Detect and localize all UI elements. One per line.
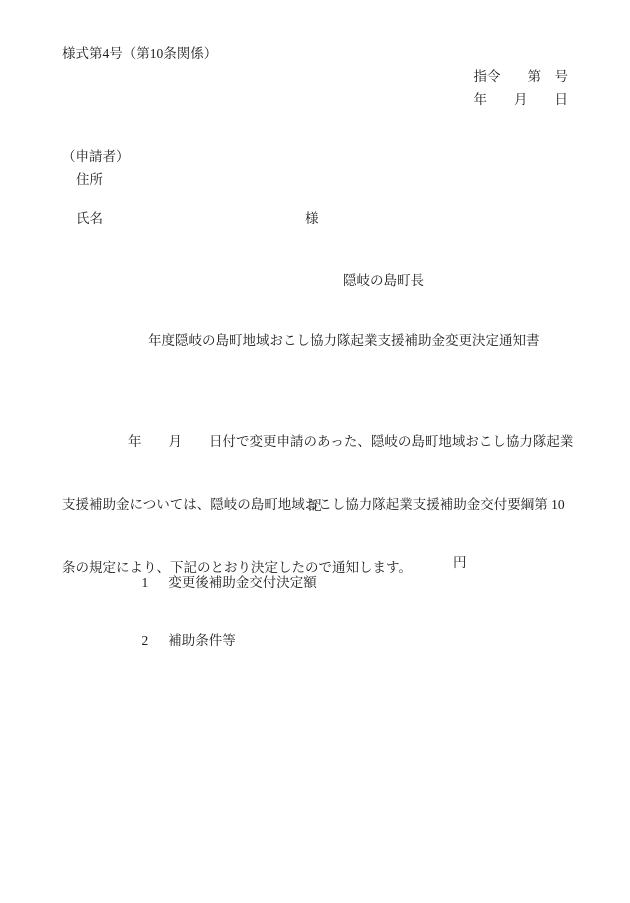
mayor-signature-line: 隠岐の島町長 xyxy=(343,271,424,291)
address-label: 住所 xyxy=(76,170,103,190)
item-2-label: 補助条件等 xyxy=(168,633,236,648)
list-item-1: 1変更後補助金交付決定額 xyxy=(128,553,317,613)
form-number: 様式第4号（第10条関係） xyxy=(62,44,217,64)
document-title: 年度隠岐の島町地域おこし協力隊起業支援補助金変更決定通知書 xyxy=(148,331,540,351)
date-line: 年 月 日 xyxy=(474,90,569,110)
item-2-number: 2 xyxy=(142,633,149,648)
applicant-label: （申請者） xyxy=(62,147,130,167)
item-1-label: 変更後補助金交付決定額 xyxy=(168,575,317,590)
item-1-number: 1 xyxy=(142,575,149,590)
directive-number-line: 指令 第 号 xyxy=(474,67,569,87)
body-line-1: 年 月 日付で変更申請のあった、隠岐の島町地域おこし協力隊起業 xyxy=(62,430,570,453)
document-page: 様式第4号（第10条関係） 指令 第 号 年 月 日 （申請者） 住所 氏名 様… xyxy=(0,0,630,903)
list-item-2: 2補助条件等 xyxy=(128,611,236,671)
name-label: 氏名 xyxy=(76,209,103,229)
currency-unit-yen: 円 xyxy=(453,553,467,573)
honorific-sama: 様 xyxy=(305,209,319,229)
record-marker: 記 xyxy=(0,496,630,516)
